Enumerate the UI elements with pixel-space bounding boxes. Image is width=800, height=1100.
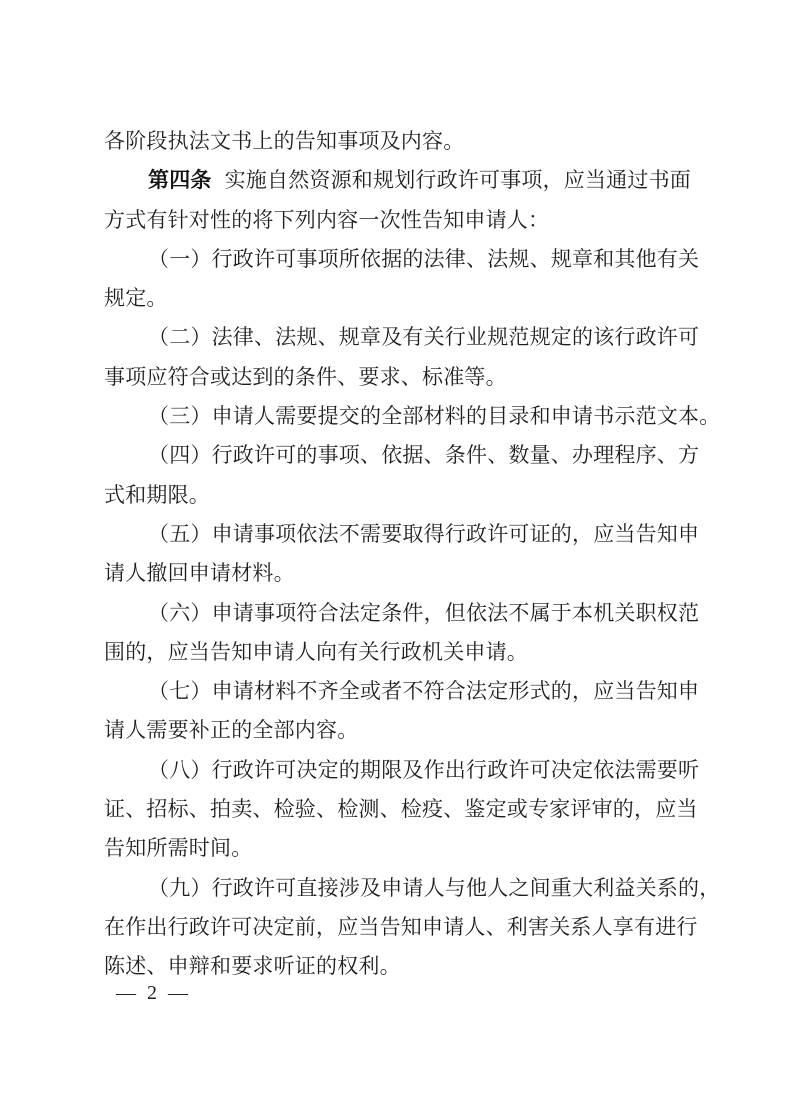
document-line: 告知所需时间。 [104, 829, 744, 868]
document-line: （二）法律、法规、规章及有关行业规范规定的该行政许可 [104, 318, 744, 357]
document-line: （四）行政许可的事项、依据、条件、数量、办理程序、方 [104, 436, 744, 475]
document-line: 证、招标、拍卖、检验、检测、检疫、鉴定或专家评审的，应当 [104, 790, 744, 829]
line-text: 实施自然资源和规划行政许可事项，应当通过书面 [225, 168, 691, 192]
line-text: 各阶段执法文书上的告知事项及内容。 [104, 129, 464, 153]
document-line: （七）申请材料不齐全或者不符合法定形式的，应当告知申 [104, 672, 744, 711]
line-text: （九）行政许可直接涉及申请人与他人之间重大利益关系的， [148, 876, 720, 900]
line-text: （五）申请事项依法不需要取得行政许可证的，应当告知申 [148, 522, 699, 546]
line-text: （七）申请材料不齐全或者不符合法定形式的，应当告知申 [148, 679, 699, 703]
line-text: 事项应符合或达到的条件、要求、标准等。 [104, 365, 507, 389]
line-text: （三）申请人需要提交的全部材料的目录和申请书示范文本。 [148, 404, 720, 428]
line-text: （六）申请事项符合法定条件，但依法不属于本机关职权范 [148, 601, 699, 625]
document-line: 陈述、申辩和要求听证的权利。 [104, 947, 744, 986]
line-text: 请人撤回申请材料。 [104, 561, 295, 585]
document-body-text: 各阶段执法文书上的告知事项及内容。第四条实施自然资源和规划行政许可事项，应当通过… [104, 122, 744, 987]
document-line: （八）行政许可决定的期限及作出行政许可决定依法需要听 [104, 751, 744, 790]
document-line: （六）申请事项符合法定条件，但依法不属于本机关职权范 [104, 594, 744, 633]
line-text: 证、招标、拍卖、检验、检测、检疫、鉴定或专家评审的，应当 [104, 797, 698, 821]
document-line: （九）行政许可直接涉及申请人与他人之间重大利益关系的， [104, 869, 744, 908]
line-text: 陈述、申辩和要求听证的权利。 [104, 954, 401, 978]
document-line: 请人需要补正的全部内容。 [104, 711, 744, 750]
line-text: 式和期限。 [104, 483, 210, 507]
document-line: 方式有针对性的将下列内容一次性告知申请人： [104, 201, 744, 240]
document-line: （五）申请事项依法不需要取得行政许可证的，应当告知申 [104, 515, 744, 554]
scanned-document-page: 各阶段执法文书上的告知事项及内容。第四条实施自然资源和规划行政许可事项，应当通过… [0, 0, 800, 1100]
document-line: 各阶段执法文书上的告知事项及内容。 [104, 122, 744, 161]
line-text: （一）行政许可事项所依据的法律、法规、规章和其他有关 [148, 247, 699, 271]
article-heading-bold: 第四条 [148, 168, 212, 192]
document-line: 第四条实施自然资源和规划行政许可事项，应当通过书面 [104, 161, 744, 200]
line-text: 请人需要补正的全部内容。 [104, 718, 358, 742]
document-line: 式和期限。 [104, 476, 744, 515]
document-line: 围的，应当告知申请人向有关行政机关申请。 [104, 633, 744, 672]
document-line: 请人撤回申请材料。 [104, 554, 744, 593]
line-text: 方式有针对性的将下列内容一次性告知申请人： [104, 208, 549, 232]
document-line: （一）行政许可事项所依据的法律、法规、规章和其他有关 [104, 240, 744, 279]
line-text: （二）法律、法规、规章及有关行业规范规定的该行政许可 [148, 325, 699, 349]
line-text: 在作出行政许可决定前，应当告知申请人、利害关系人享有进行 [104, 915, 698, 939]
line-text: 围的，应当告知申请人向有关行政机关申请。 [104, 640, 528, 664]
document-line: 事项应符合或达到的条件、要求、标准等。 [104, 358, 744, 397]
line-text: （八）行政许可决定的期限及作出行政许可决定依法需要听 [148, 758, 699, 782]
line-text: 规定。 [104, 286, 168, 310]
document-line: （三）申请人需要提交的全部材料的目录和申请书示范文本。 [104, 397, 744, 436]
document-line: 在作出行政许可决定前，应当告知申请人、利害关系人享有进行 [104, 908, 744, 947]
line-text: 告知所需时间。 [104, 836, 252, 860]
page-number: — 2 — [116, 982, 191, 1005]
line-text: （四）行政许可的事项、依据、条件、数量、办理程序、方 [148, 443, 699, 467]
document-line: 规定。 [104, 279, 744, 318]
